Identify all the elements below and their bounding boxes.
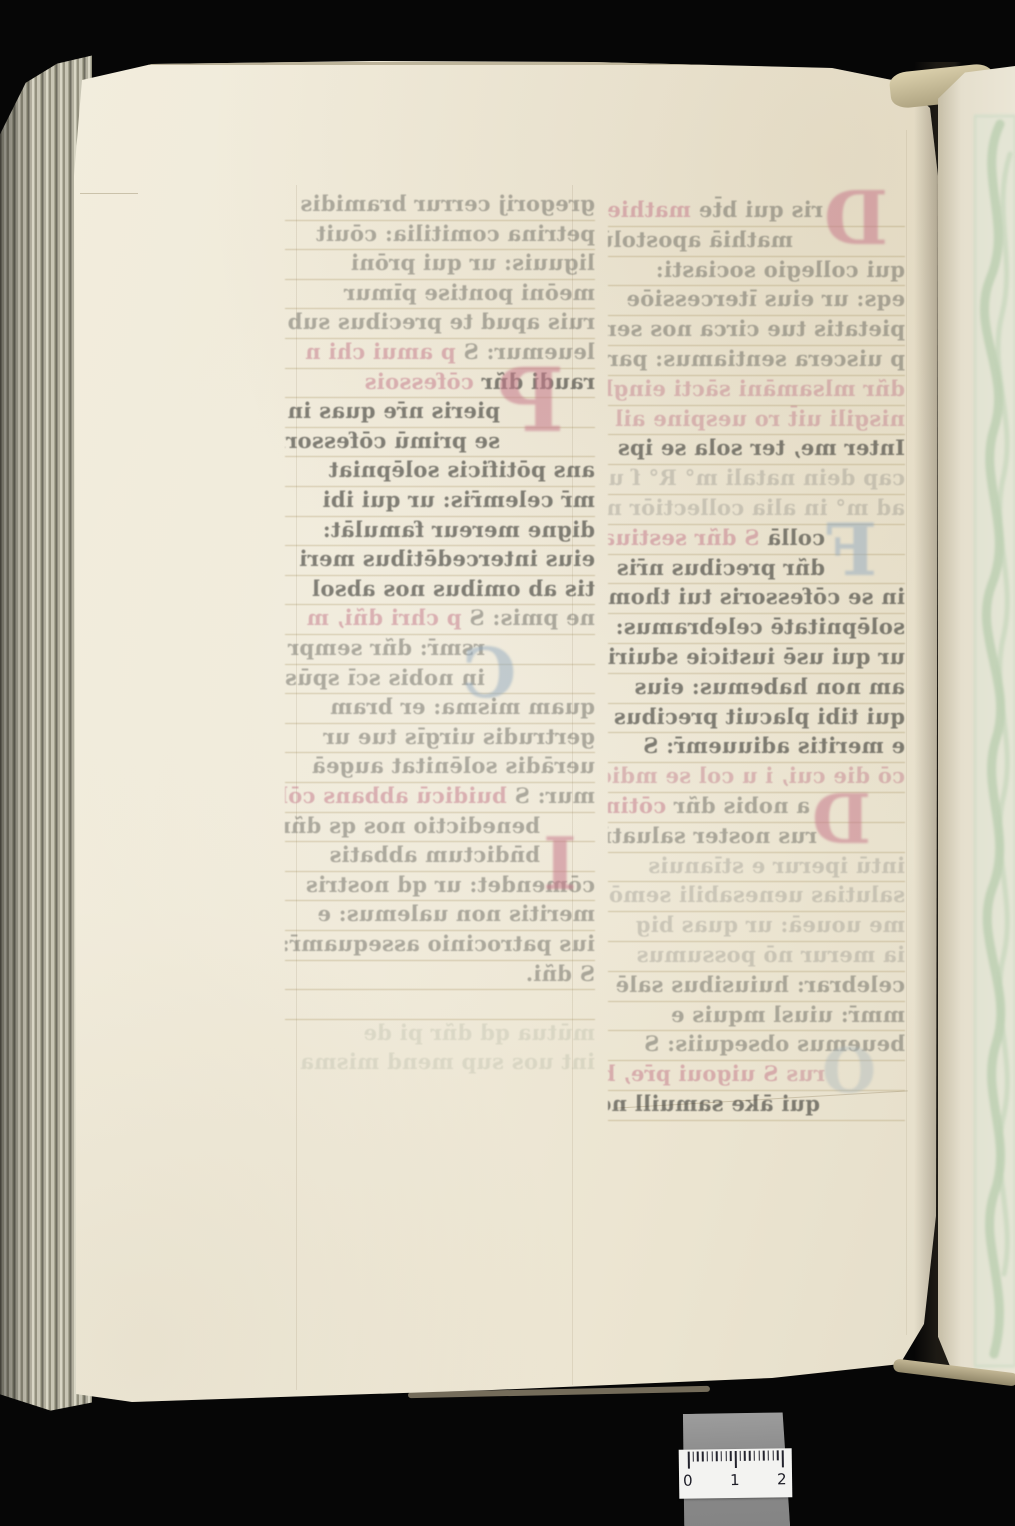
showthrough-line: mr̄ celemr̄is: ur qui ibi: [285, 486, 595, 517]
ruler-minor-tick: [768, 1451, 770, 1461]
ruler-label: 1: [730, 1471, 740, 1489]
showthrough-line: Inter me, ter sola se ips: [608, 434, 905, 465]
showthrough-line: celebrar: huiusibus salē: [608, 971, 905, 1002]
showthrough-line: liguuis: ur qui prōni: [285, 249, 595, 280]
showthrough-line: meōni pontise pīmur: [285, 279, 595, 310]
showthrough-line: eius intercedētibus meri: [285, 545, 595, 576]
showthrough-line: gregorij cerrur bramidis: [285, 190, 595, 221]
margin-ruling-line: [80, 193, 138, 194]
showthrough-line: salutias uenesabili semō: [608, 881, 905, 912]
showthrough-right-column: ris qui bt̄e mathiemathiā apostolū inqui…: [608, 196, 905, 1124]
showthrough-line: uerādis solēnitat augeā: [285, 752, 595, 783]
illuminated-initial-showthrough: I: [543, 828, 577, 900]
showthrough-line: am non habemus: eius: [608, 673, 905, 704]
illuminated-initial-showthrough: D: [824, 182, 888, 256]
showthrough-line: [285, 989, 595, 1020]
showthrough-line: pietatis tue circa nos sem: [608, 315, 905, 346]
showthrough-line: solēpnitatē celebramus:: [608, 613, 905, 644]
showthrough-line: nisgili uit̄ ro uespine ail: [608, 405, 905, 436]
ruler-minor-tick: [758, 1451, 760, 1461]
showthrough-line: ia merur nō possumus: [608, 941, 905, 972]
showthrough-line: int uos sup mend misma: [285, 1048, 595, 1078]
showthrough-line: mmr̄: uiusl mquis e: [608, 1001, 905, 1032]
illuminated-initial-showthrough: P: [498, 356, 564, 444]
ruler-minor-tick: [721, 1451, 723, 1461]
showthrough-line: petrina comitilia: cōuit: [285, 220, 595, 251]
ruler-minor-tick: [716, 1451, 718, 1461]
green-foliate-decoration: [970, 114, 1015, 1376]
showthrough-line: p uiscera sentiamus: par: [608, 345, 905, 376]
facing-page-sliver: [938, 66, 1015, 1376]
ruler-label: 2: [777, 1470, 787, 1488]
ruler-major-tick: [688, 1452, 690, 1469]
ruler-minor-tick: [730, 1451, 732, 1461]
showthrough-line: ius patrocinio assequamr̄:: [285, 930, 595, 961]
illuminated-initial-showthrough: O: [822, 1040, 876, 1102]
showthrough-left-column: gregorij cerrur bramidispetrina comitili…: [285, 190, 595, 1082]
photograph-canvas: 012 gregorij cerrur bramidispetrina comi…: [0, 0, 1015, 1526]
ruler-label: 0: [683, 1472, 693, 1490]
showthrough-line: ans pōtificis solēpniat: [285, 456, 595, 487]
showthrough-line: me uoueā: ur quas big: [608, 911, 905, 942]
showthrough-line: mur: S buidicū abbans cōll: [285, 782, 595, 813]
ruler-minor-tick: [697, 1452, 699, 1462]
ruler-minor-tick: [739, 1451, 741, 1461]
ruler-minor-tick: [744, 1451, 746, 1461]
showthrough-line: mūtua qd dñr pi de: [285, 1019, 595, 1049]
ruler-minor-tick: [772, 1450, 774, 1460]
showthrough-line: ur qui usē iusticie sduiri: [608, 643, 905, 674]
ruler-minor-tick: [749, 1451, 751, 1461]
ruler-minor-tick: [702, 1451, 704, 1461]
showthrough-line: gertrudis uirgīs tue ur: [285, 723, 595, 754]
illuminated-initial-showthrough: F: [826, 514, 877, 586]
showthrough-line: rsmr̄: dñr sempr: [285, 634, 595, 665]
showthrough-line: ne pmis: S p chri dñi, m: [285, 604, 595, 635]
showthrough-line: S dñi.: [285, 960, 595, 991]
ruler-minor-tick: [763, 1451, 765, 1461]
ruler-minor-tick: [706, 1451, 708, 1461]
showthrough-line: cap dein natali m° R° ſ u rr: [608, 464, 905, 495]
ruler-minor-tick: [711, 1451, 713, 1461]
showthrough-line: eqs: ur eius ītercessiōe: [608, 285, 905, 316]
illuminated-initial-showthrough: C: [462, 640, 516, 708]
ruler-minor-tick: [777, 1450, 779, 1460]
showthrough-line: e meritis adiuuemr̄: S: [608, 732, 905, 763]
ruler-major-tick: [782, 1450, 784, 1467]
ruler-minor-tick: [753, 1451, 755, 1461]
ruler-scale-strip: 012: [679, 1448, 793, 1499]
showthrough-line: in nobis scī spūs gr̄a: [285, 664, 595, 695]
ruler-minor-tick: [725, 1451, 727, 1461]
ruler-minor-tick: [692, 1452, 694, 1462]
showthrough-line: dñr mlsamāni sācti eingl: [608, 375, 905, 406]
illuminated-initial-showthrough: D: [812, 786, 871, 854]
ruler-major-tick: [735, 1451, 737, 1468]
showthrough-line: ruis apud te precibus sub: [285, 308, 595, 339]
showthrough-line: qui tibi placuit precibus: [608, 703, 905, 734]
showthrough-line: quam misma: er bram: [285, 693, 595, 724]
showthrough-line: digne mereur famulāt:: [285, 516, 595, 547]
showthrough-line: tis ab omibus nos absol: [285, 575, 595, 606]
page-crease-line: [906, 130, 907, 1335]
